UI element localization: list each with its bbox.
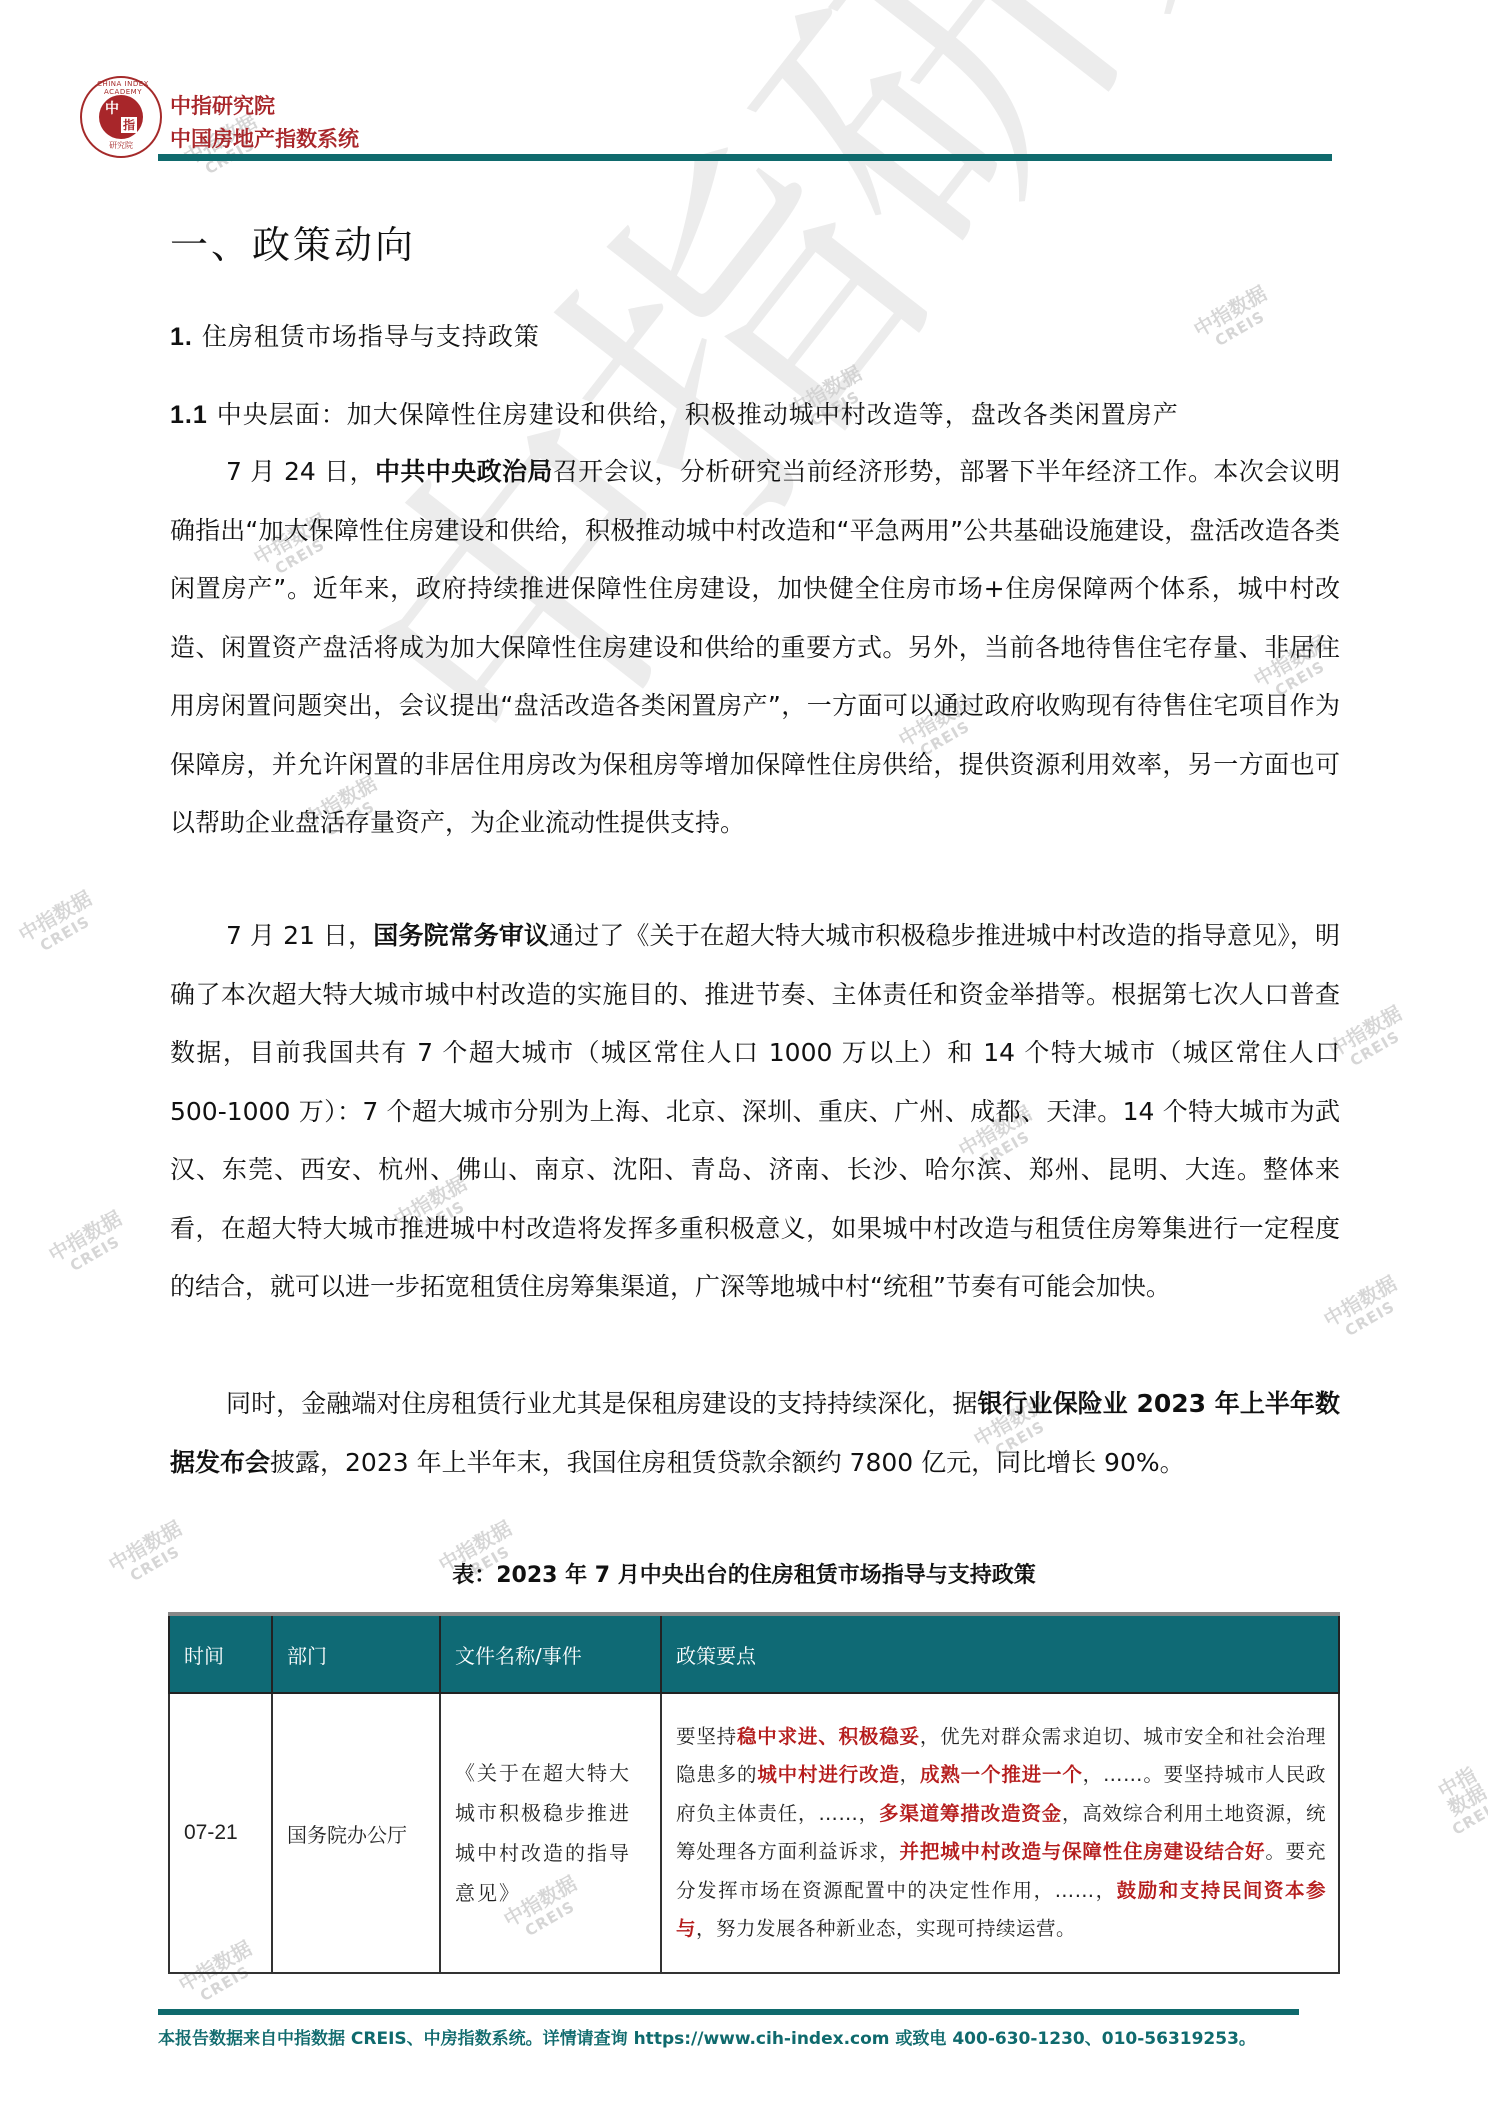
subsubsection-number: 1.1 (170, 401, 208, 429)
cell-department: 国务院办公厅 (272, 1693, 440, 1973)
cell-policy-points: 要坚持稳中求进、积极稳妥，优先对群众需求迫切、城市安全和社会治理隐患多的城中村进… (661, 1693, 1339, 1973)
logo-bottom-text: 研究院 (82, 140, 160, 151)
paragraph-body: 召开会议，分析研究当前经济形势，部署下半年经济工作。本次会议明确指出“加大保障性… (170, 457, 1340, 837)
paragraph-bold-entity: 国务院常务审议 (373, 921, 549, 950)
policy-text: ，努力发展各种新业态，实现可持续运营。 (696, 1917, 1076, 1940)
subsubsection-text: 中央层面：加大保障性住房建设和供给，积极推动城中村改造等，盘改各类闲置房产 (217, 400, 1179, 429)
paragraph-date: 7 月 21 日， (226, 921, 373, 950)
table-caption: 表：2023 年 7 月中央出台的住房租赁市场指导与支持政策 (0, 1558, 1488, 1589)
highlighted-policy-text: 成熟一个推进一个 (920, 1763, 1083, 1786)
paragraph-bold-entity: 中共中央政治局 (375, 457, 553, 486)
footer-divider (158, 2009, 1299, 2015)
header-divider (158, 154, 1332, 161)
subsection-text: 住房租赁市场指导与支持政策 (202, 322, 540, 351)
policy-text: ， (900, 1763, 920, 1786)
column-header-document: 文件名称/事件 (440, 1614, 661, 1693)
highlighted-policy-text: 并把城中村改造与保障性住房建设结合好 (900, 1840, 1266, 1863)
logo-char-zhi: 指 (121, 117, 137, 133)
watermark: 中指数据CREIS (15, 888, 104, 963)
highlighted-policy-text: 多渠道筹措改造资金 (879, 1802, 1062, 1825)
logo-emblem: 中 指 (99, 95, 143, 139)
highlighted-policy-text: 稳中求进、积极稳妥 (737, 1725, 920, 1748)
policy-table: 时间 部门 文件名称/事件 政策要点 07-21 国务院办公厅 《关于在超大特大… (168, 1612, 1340, 1974)
logo-ring-text: CHINA INDEX ACADEMY (86, 80, 160, 96)
cell-time: 07-21 (169, 1693, 272, 1973)
subsubsection-title: 1.1 中央层面：加大保障性住房建设和供给，积极推动城中村改造等，盘改各类闲置房… (170, 395, 1179, 431)
watermark: 中指数据CREIS (1190, 283, 1279, 358)
footer-contact: 本报告数据来自中指数据 CREIS、中房指数系统。详情请查询 https://w… (158, 2024, 1256, 2049)
column-header-points: 政策要点 (661, 1614, 1339, 1693)
paragraph-politburo: 7 月 24 日，中共中央政治局召开会议，分析研究当前经济形势，部署下半年经济工… (170, 443, 1340, 853)
brand-name: 中指研究院 (170, 90, 275, 120)
highlighted-policy-text: 城中村进行改造 (757, 1763, 899, 1786)
paragraph-finance: 同时，金融端对住房租赁行业尤其是保租房建设的支持持续深化，据银行业保险业 202… (170, 1375, 1340, 1492)
policy-text: 要坚持 (676, 1725, 737, 1748)
section-title: 一、政策动向 (170, 214, 416, 269)
watermark: 中指数据CREIS (1429, 1760, 1488, 1839)
cell-document: 《关于在超大特大城市积极稳步推进城中村改造的指导意见》 (440, 1693, 661, 1973)
table-header-row: 时间 部门 文件名称/事件 政策要点 (169, 1614, 1339, 1693)
table-row: 07-21 国务院办公厅 《关于在超大特大城市积极稳步推进城中村改造的指导意见》… (169, 1693, 1339, 1973)
subsection-number: 1. (170, 323, 193, 351)
paragraph-date: 7 月 24 日， (226, 457, 375, 486)
subsection-title: 1. 住房租赁市场指导与支持政策 (170, 317, 540, 353)
column-header-department: 部门 (272, 1614, 440, 1693)
page-header: CHINA INDEX ACADEMY 中 指 研究院 中指研究院 中国房地产指… (0, 0, 1488, 170)
watermark: 中指数据CREIS (45, 1208, 134, 1283)
logo-char-zhong: 中 (105, 101, 121, 117)
china-index-academy-logo: CHINA INDEX ACADEMY 中 指 研究院 (80, 76, 162, 158)
paragraph-body: 披露，2023 年上半年末，我国住房租赁贷款余额约 7800 亿元，同比增长 9… (270, 1448, 1185, 1477)
paragraph-lead: 同时，金融端对住房租赁行业尤其是保租房建设的支持持续深化，据 (226, 1389, 977, 1418)
brand-subtitle: 中国房地产指数系统 (170, 123, 359, 153)
column-header-time: 时间 (169, 1614, 272, 1693)
paragraph-state-council: 7 月 21 日，国务院常务审议通过了《关于在超大特大城市积极稳步推进城中村改造… (170, 907, 1340, 1317)
paragraph-body: 通过了《关于在超大特大城市积极稳步推进城中村改造的指导意见》，明确了本次超大特大… (170, 921, 1340, 1301)
